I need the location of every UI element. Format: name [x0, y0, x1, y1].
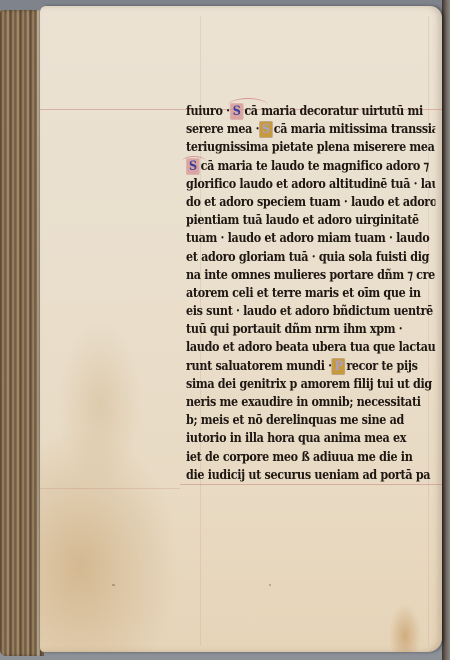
line-text: tuū qui portauit dñm nrm ihm xpm · [186, 322, 402, 337]
vellum-leaf: fuiuro ·Scā maria decoratur uirtutū mi s… [40, 6, 442, 652]
text-line: iet de corpore meo ß adiuua me die in [186, 449, 435, 467]
line-text: iutorio in illa hora qua anima mea ex [186, 431, 406, 446]
line-text: sima dei genitrix p amorem filij tui ut … [186, 377, 432, 392]
line-text: et adoro gloriam tuā · quia sola fuisti … [186, 250, 429, 265]
line-text: iet de corpore meo ß adiuua me die in [186, 450, 413, 465]
line-text: serere mea · [186, 122, 259, 137]
line-text: cā maria mitissima transsia [274, 122, 436, 137]
text-line: tuam · laudo et adoro miam tuam · laudo [186, 230, 435, 248]
text-line: fuiuro ·Scā maria decoratur uirtutū mi [186, 103, 435, 121]
vellum-spot [112, 584, 115, 586]
ruling-line-footer [40, 488, 180, 489]
text-line: runt saluatorem mundi ·Precor te pijs [186, 358, 435, 376]
text-line: teriugnissima pietate plena miserere mea… [186, 139, 435, 157]
decorated-initial: P [333, 359, 345, 374]
decorated-initial: S [187, 159, 199, 174]
manuscript-photo: fuiuro ·Scā maria decoratur uirtutū mi s… [0, 0, 450, 660]
page-fore-edge-stack [0, 10, 44, 656]
text-line: iutorio in illa hora qua anima mea ex [186, 430, 435, 448]
binding-shadow [442, 0, 450, 660]
text-line: na inte omnes mulieres portare dñm ⁊ cre [186, 267, 435, 285]
line-text: neris me exaudire in omnib; necessitati [186, 395, 421, 410]
text-column: fuiuro ·Scā maria decoratur uirtutū mi s… [186, 103, 436, 485]
text-line: die iudicij ut securus ueniam ad portā p… [186, 467, 435, 485]
line-text: laudo et adoro beata ubera tua que lacta… [186, 340, 435, 355]
text-line: tuū qui portauit dñm nrm ihm xpm · [186, 321, 435, 339]
line-text: eis sunt · laudo et adoro bñdictum uentr… [186, 304, 433, 319]
text-line: atorem celi et terre maris et oīm que in [186, 285, 435, 303]
line-text: cā maria te laudo te magnifico adoro ⁊ [201, 159, 429, 174]
text-line: sima dei genitrix p amorem filij tui ut … [186, 376, 435, 394]
text-line: neris me exaudire in omnib; necessitati [186, 394, 435, 412]
text-line: pientiam tuā laudo et adoro uirginitatē [186, 212, 435, 230]
line-text: recor te pijs [346, 359, 417, 374]
line-text: teriugnissima pietate plena miserere mea… [186, 140, 435, 155]
line-text: glorifico laudo et adoro altitudinē tuā … [186, 177, 435, 192]
text-line: laudo et adoro beata ubera tua que lacta… [186, 339, 435, 357]
text-line: glorifico laudo et adoro altitudinē tuā … [186, 176, 435, 194]
line-text: pientiam tuā laudo et adoro uirginitatē [186, 213, 419, 228]
decorated-initial: S [260, 122, 272, 137]
text-line: eis sunt · laudo et adoro bñdictum uentr… [186, 303, 435, 321]
line-text: die iudicij ut securus ueniam ad portā p… [186, 468, 430, 483]
vellum-spot [269, 584, 271, 586]
line-text: b; meis et nō derelinquas me sine ad [186, 413, 404, 428]
line-text: tuam · laudo et adoro miam tuam · laudo [186, 231, 429, 246]
line-text: cā maria decoratur uirtutū mi [244, 104, 423, 119]
line-text: atorem celi et terre maris et oīm que in [186, 286, 421, 301]
text-line: b; meis et nō derelinquas me sine ad [186, 412, 435, 430]
line-text: do et adoro speciem tuam · laudo et ador… [186, 195, 435, 210]
text-line: Scā maria te laudo te magnifico adoro ⁊ [186, 158, 435, 176]
decorated-initial: S [231, 104, 243, 119]
text-line: do et adoro speciem tuam · laudo et ador… [186, 194, 435, 212]
text-line: et adoro gloriam tuā · quia sola fuisti … [186, 249, 435, 267]
text-line: serere mea ·Scā maria mitissima transsia [186, 121, 435, 139]
line-text: na inte omnes mulieres portare dñm ⁊ cre [186, 268, 435, 283]
line-text: runt saluatorem mundi · [186, 359, 332, 374]
line-text: fuiuro · [186, 104, 230, 119]
